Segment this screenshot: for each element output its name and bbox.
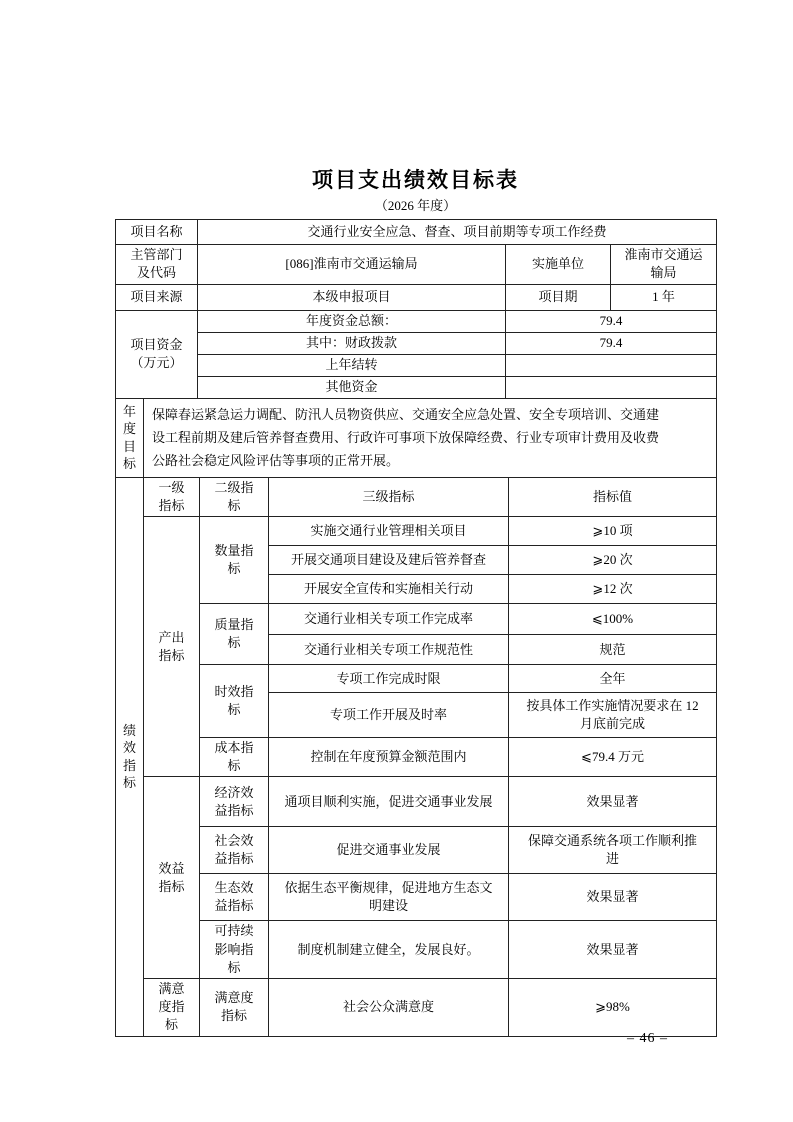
table-row: 满意 度指 标 满意度 指标 社会公众满意度 ⩾98% bbox=[116, 979, 717, 1037]
indicator-value: 效果显著 bbox=[509, 777, 717, 827]
project-name-value: 交通行业安全应急、督查、项目前期等专项工作经费 bbox=[198, 220, 717, 245]
level2-timeliness: 时效指 标 bbox=[200, 665, 269, 738]
funds-total-label: 年度资金总额： bbox=[198, 310, 506, 332]
table-row: 其他资金 bbox=[116, 376, 717, 398]
document-body: 项目支出绩效目标表 （2026 年度） 项目名称 交通行业安全应急、督查、项目前… bbox=[115, 168, 716, 1037]
annual-goal-label-cell: 年度目标 bbox=[116, 398, 144, 477]
indicator-level3: 社会公众满意度 bbox=[269, 979, 509, 1037]
indicator-level3: 实施交通行业管理相关项目 bbox=[269, 517, 509, 546]
indicator-value: 规范 bbox=[509, 635, 717, 665]
table-row: 可持续 影响指 标 制度机制建立健全，发展良好。 效果显著 bbox=[116, 921, 717, 979]
indicator-value: 效果显著 bbox=[509, 921, 717, 979]
indicator-level3: 专项工作完成时限 bbox=[269, 665, 509, 693]
page-number: – 46 – bbox=[627, 1031, 668, 1047]
source-value: 本级申报项目 bbox=[198, 284, 506, 310]
level2-sustainable: 可持续 影响指 标 bbox=[200, 921, 269, 979]
funds-other-label: 其他资金 bbox=[198, 376, 506, 398]
source-label: 项目来源 bbox=[116, 284, 198, 310]
table-row: 上年结转 bbox=[116, 354, 717, 376]
funds-other-value bbox=[506, 376, 717, 398]
indicator-value: ⩽100% bbox=[509, 604, 717, 635]
table-row: 时效指 标 专项工作完成时限 全年 bbox=[116, 665, 717, 693]
indicator-level3: 开展交通项目建设及建后管养督查 bbox=[269, 546, 509, 575]
table-row: 成本指 标 控制在年度预算金额范围内 ⩽79.4 万元 bbox=[116, 738, 717, 777]
table-row: 项目资金 （万元） 年度资金总额： 79.4 bbox=[116, 310, 717, 332]
annual-goal-table: 年度目标 保障春运紧急运力调配、防汛人员物资供应、交通安全应急处置、安全专项培训… bbox=[115, 398, 717, 478]
annual-goal-label: 年度目标 bbox=[122, 403, 137, 473]
level1-benefit: 效益 指标 bbox=[144, 777, 200, 979]
level2-social: 社会效 益指标 bbox=[200, 827, 269, 874]
funds-carryover-label: 上年结转 bbox=[198, 354, 506, 376]
indicators-section-label-cell: 绩效指标 bbox=[116, 477, 144, 1036]
level2-cost: 成本指 标 bbox=[200, 738, 269, 777]
level1-output: 产出 指标 bbox=[144, 517, 200, 777]
indicators-section-label: 绩效指标 bbox=[122, 722, 137, 792]
level2-quality: 质量指 标 bbox=[200, 604, 269, 665]
table-row: 绩效指标 一级 指标 二级指 标 三级指标 指标值 bbox=[116, 477, 717, 516]
project-name-label: 项目名称 bbox=[116, 220, 198, 245]
period-value: 1 年 bbox=[611, 284, 717, 310]
project-info-table: 项目名称 交通行业安全应急、督查、项目前期等专项工作经费 主管部门 及代码 [0… bbox=[115, 219, 717, 398]
indicator-level3: 依据生态平衡规律，促进地方生态文 明建设 bbox=[269, 874, 509, 921]
table-row: 质量指 标 交通行业相关专项工作完成率 ⩽100% bbox=[116, 604, 717, 635]
indicator-value: 保障交通系统各项工作顺利推 进 bbox=[509, 827, 717, 874]
indicator-level3: 专项工作开展及时率 bbox=[269, 693, 509, 738]
impl-unit-value: 淮南市交通运 输局 bbox=[611, 245, 717, 284]
table-row: 年度目标 保障春运紧急运力调配、防汛人员物资供应、交通安全应急处置、安全专项培训… bbox=[116, 398, 717, 477]
indicator-value: ⩾10 项 bbox=[509, 517, 717, 546]
table-row: 主管部门 及代码 [086]淮南市交通运输局 实施单位 淮南市交通运 输局 bbox=[116, 245, 717, 284]
indicator-level3: 通项目顺利实施，促进交通事业发展 bbox=[269, 777, 509, 827]
header-level1: 一级 指标 bbox=[144, 477, 200, 516]
table-row: 效益 指标 经济效 益指标 通项目顺利实施，促进交通事业发展 效果显著 bbox=[116, 777, 717, 827]
document-page: 项目支出绩效目标表 （2026 年度） 项目名称 交通行业安全应急、督查、项目前… bbox=[0, 0, 793, 1122]
funds-fiscal-value: 79.4 bbox=[506, 332, 717, 354]
table-row: 项目来源 本级申报项目 项目期 1 年 bbox=[116, 284, 717, 310]
indicator-value: ⩾98% bbox=[509, 979, 717, 1037]
table-row: 生态效 益指标 依据生态平衡规律，促进地方生态文 明建设 效果显著 bbox=[116, 874, 717, 921]
indicator-value: 全年 bbox=[509, 665, 717, 693]
indicator-level3: 控制在年度预算金额范围内 bbox=[269, 738, 509, 777]
level2-quantity: 数量指 标 bbox=[200, 517, 269, 604]
funds-carryover-value bbox=[506, 354, 717, 376]
dept-label: 主管部门 及代码 bbox=[116, 245, 198, 284]
level2-ecological: 生态效 益指标 bbox=[200, 874, 269, 921]
indicator-value: ⩾12 次 bbox=[509, 575, 717, 604]
indicator-value: 按具体工作实施情况要求在 12 月底前完成 bbox=[509, 693, 717, 738]
table-row: 项目名称 交通行业安全应急、督查、项目前期等专项工作经费 bbox=[116, 220, 717, 245]
annual-goal-text: 保障春运紧急运力调配、防汛人员物资供应、交通安全应急处置、安全专项培训、交通建 … bbox=[144, 398, 717, 477]
level1-satisfaction: 满意 度指 标 bbox=[144, 979, 200, 1037]
indicator-value: ⩽79.4 万元 bbox=[509, 738, 717, 777]
table-row: 其中：财政拨款 79.4 bbox=[116, 332, 717, 354]
table-row: 产出 指标 数量指 标 实施交通行业管理相关项目 ⩾10 项 bbox=[116, 517, 717, 546]
indicator-level3: 制度机制建立健全，发展良好。 bbox=[269, 921, 509, 979]
header-level3: 三级指标 bbox=[269, 477, 509, 516]
indicator-value: ⩾20 次 bbox=[509, 546, 717, 575]
dept-value: [086]淮南市交通运输局 bbox=[198, 245, 506, 284]
indicator-level3: 开展安全宣传和实施相关行动 bbox=[269, 575, 509, 604]
funds-label: 项目资金 （万元） bbox=[116, 310, 198, 398]
indicator-value: 效果显著 bbox=[509, 874, 717, 921]
indicator-level3: 交通行业相关专项工作规范性 bbox=[269, 635, 509, 665]
header-value: 指标值 bbox=[509, 477, 717, 516]
indicator-level3: 促进交通事业发展 bbox=[269, 827, 509, 874]
page-subtitle: （2026 年度） bbox=[115, 195, 716, 214]
impl-unit-label: 实施单位 bbox=[506, 245, 611, 284]
table-row: 社会效 益指标 促进交通事业发展 保障交通系统各项工作顺利推 进 bbox=[116, 827, 717, 874]
funds-fiscal-label: 其中：财政拨款 bbox=[198, 332, 506, 354]
level2-economic: 经济效 益指标 bbox=[200, 777, 269, 827]
header-level2: 二级指 标 bbox=[200, 477, 269, 516]
page-title: 项目支出绩效目标表 bbox=[115, 168, 716, 193]
funds-total-value: 79.4 bbox=[506, 310, 717, 332]
indicators-table: 绩效指标 一级 指标 二级指 标 三级指标 指标值 产出 指标 数量指 标 实施… bbox=[115, 477, 717, 1037]
indicator-level3: 交通行业相关专项工作完成率 bbox=[269, 604, 509, 635]
period-label: 项目期 bbox=[506, 284, 611, 310]
level2-satisfaction: 满意度 指标 bbox=[200, 979, 269, 1037]
